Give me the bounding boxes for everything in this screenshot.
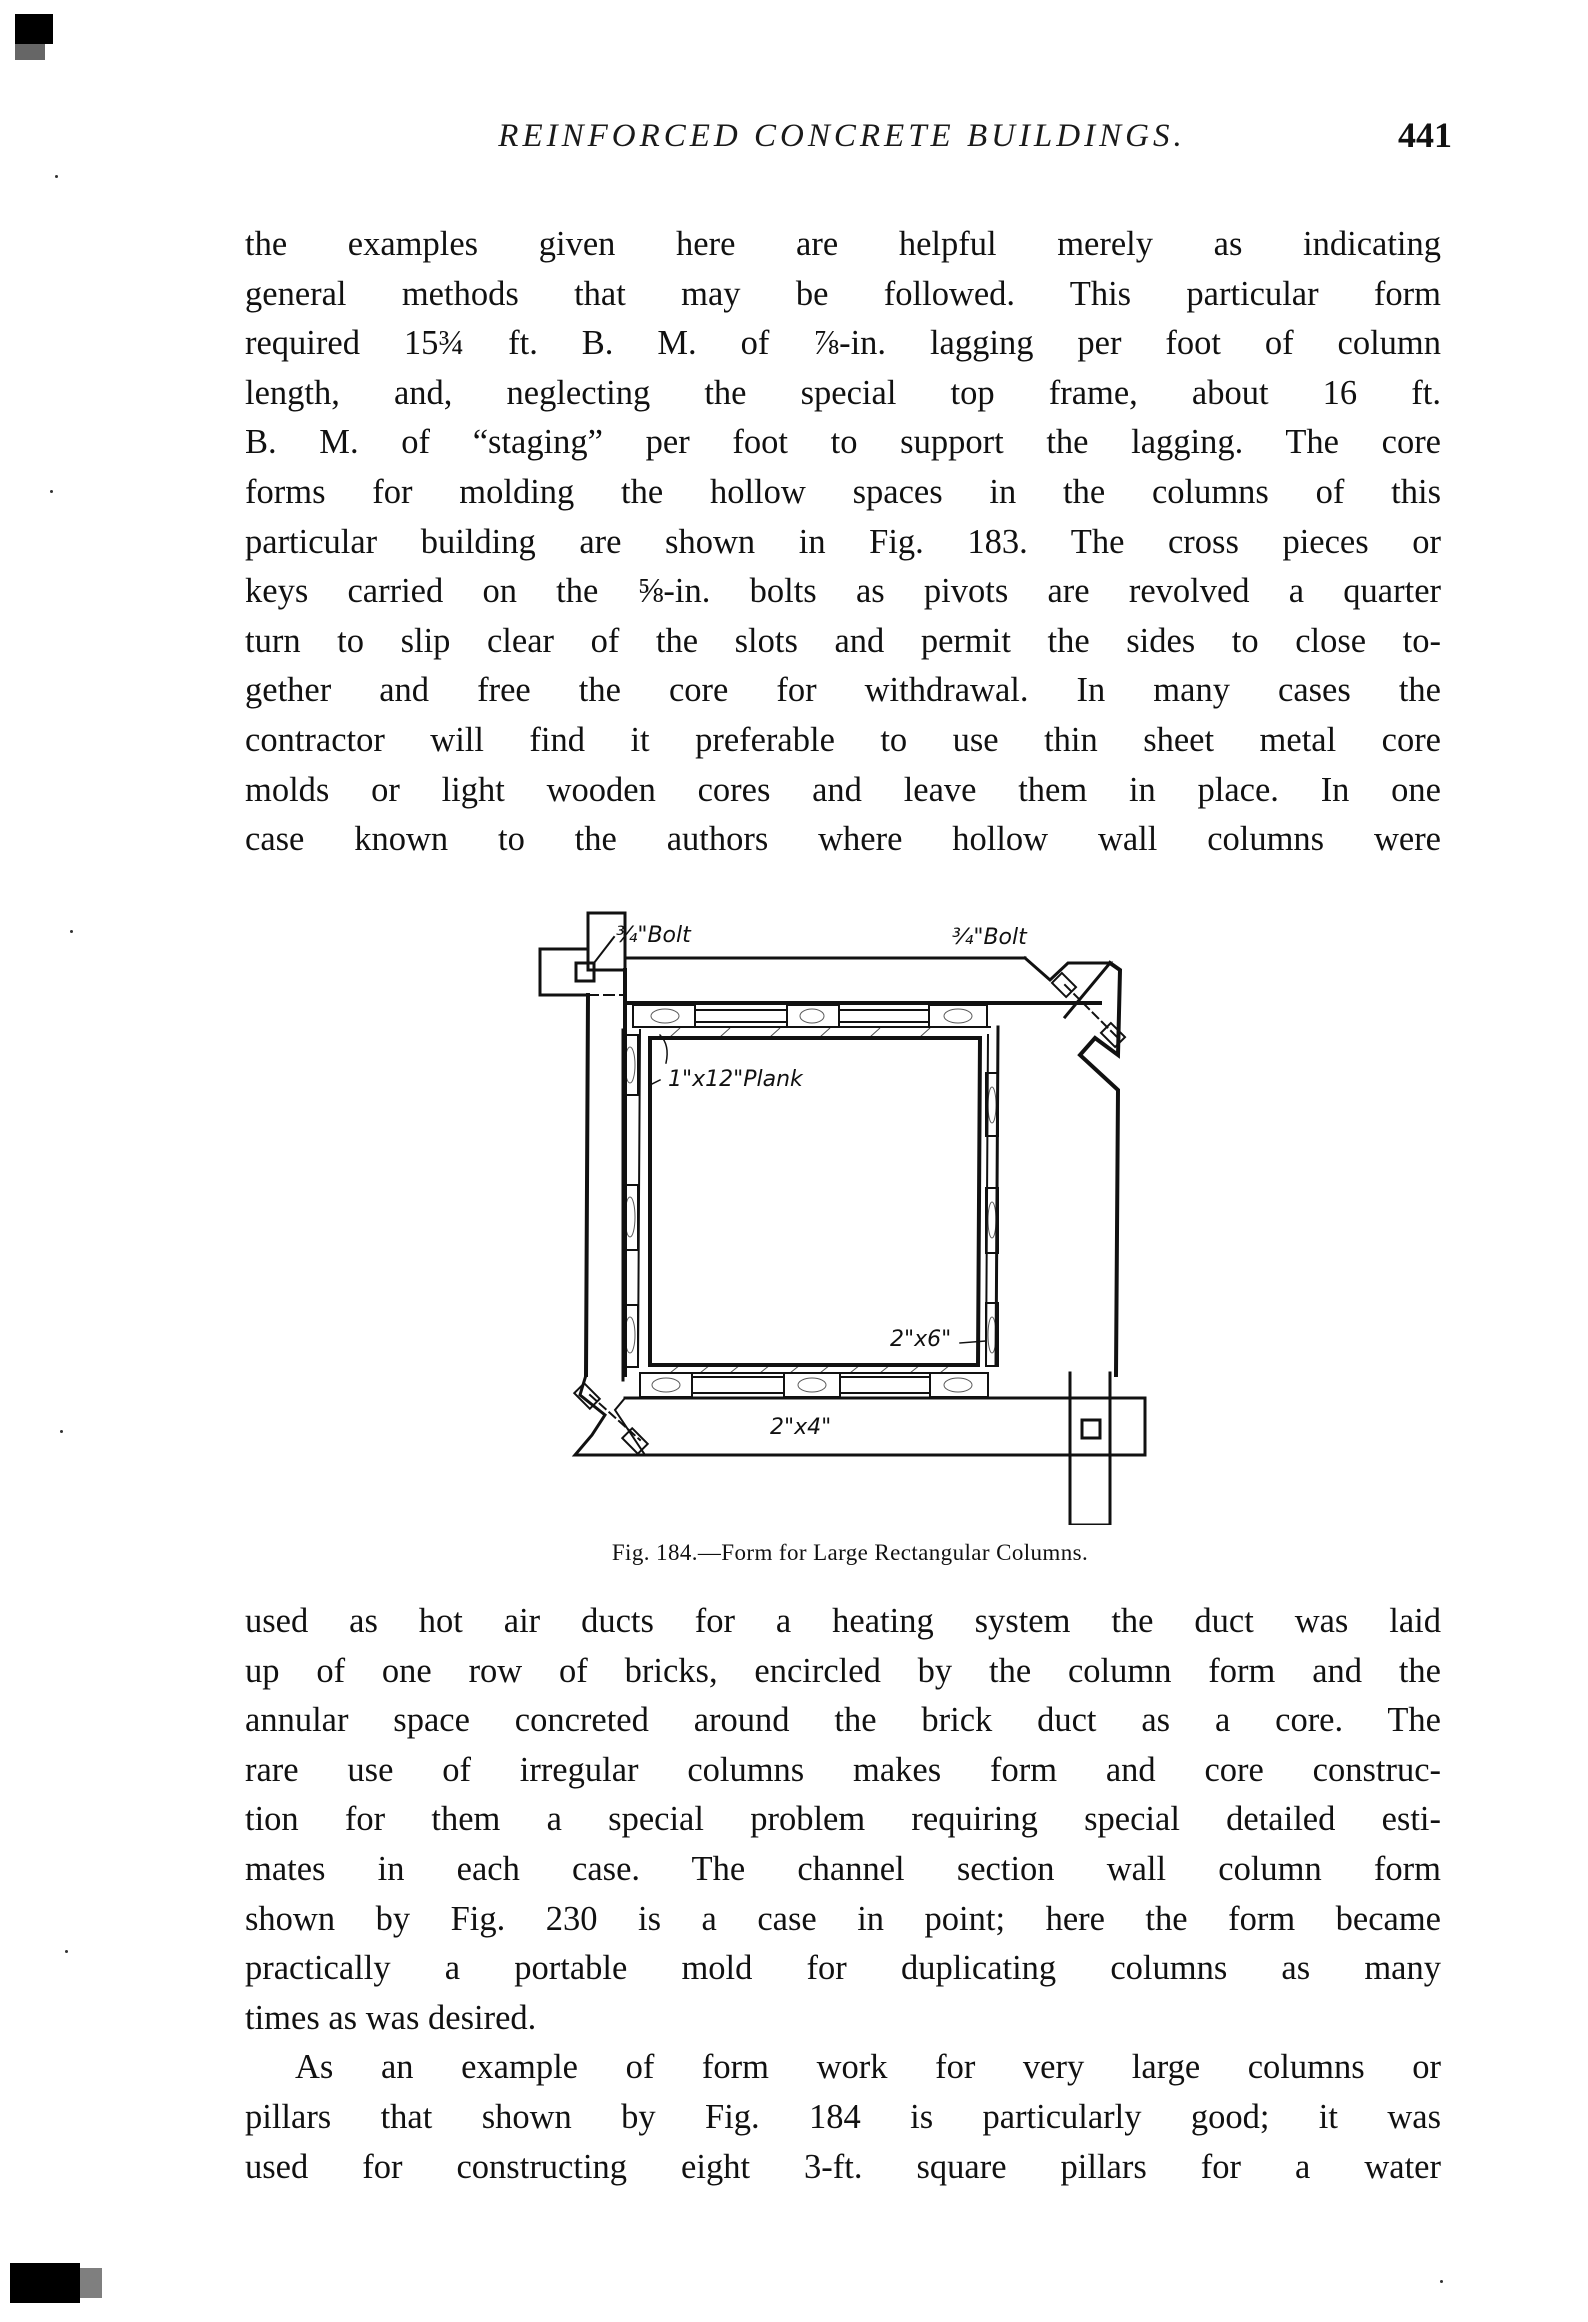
text-line: contractor will find it preferable to us…: [245, 716, 1441, 766]
text-line: gether and free the core for withdrawal.…: [245, 666, 1441, 716]
label-stud-2x6: 2"x6": [890, 1327, 951, 1352]
text-line: B. M. of “staging” per foot to support t…: [245, 418, 1441, 468]
text-line: length, and, neglecting the special top …: [245, 369, 1441, 419]
figure-column-form-diagram: ¾"Bolt ¾"Bolt 1"x12"Plank 2"x6" 2"x4": [520, 895, 1160, 1525]
text-line: up of one row of bricks, encircled by th…: [245, 1647, 1441, 1697]
body-text-top: the examples given here are helpful mere…: [245, 220, 1441, 865]
figure-caption-text: —Form for Large Rectangular Columns.: [698, 1540, 1088, 1565]
label-bolt-left: ¾"Bolt: [616, 923, 691, 948]
label-bolt-right: ¾"Bolt: [952, 925, 1027, 950]
text-line: turn to slip clear of the slots and perm…: [245, 617, 1441, 667]
text-line: annular space concreted around the brick…: [245, 1696, 1441, 1746]
text-line: the examples given here are helpful mere…: [245, 220, 1441, 270]
text-line: shown by Fig. 230 is a case in point; he…: [245, 1895, 1441, 1945]
text-line: pillars that shown by Fig. 184 is partic…: [245, 2093, 1441, 2143]
scan-artifact-top-left-fade: [15, 44, 45, 60]
text-line: tion for them a special problem requirin…: [245, 1795, 1441, 1845]
scan-speck: [1440, 2280, 1443, 2283]
column-form-drawing: [520, 895, 1160, 1525]
text-line: times as was desired.: [245, 1994, 1441, 2044]
scan-speck: [60, 1430, 63, 1433]
figure-number: Fig. 184.: [612, 1540, 698, 1565]
text-line: used as hot air ducts for a heating syst…: [245, 1597, 1441, 1647]
text-line: rare use of irregular columns makes form…: [245, 1746, 1441, 1796]
book-page: REINFORCED CONCRETE BUILDINGS. 441 the e…: [0, 0, 1588, 2322]
label-yoke-2x4: 2"x4": [770, 1415, 831, 1440]
running-head-title: REINFORCED CONCRETE BUILDINGS.: [462, 118, 1222, 155]
scan-speck: [65, 1950, 68, 1953]
text-line: molds or light wooden cores and leave th…: [245, 766, 1441, 816]
text-line: required 15¾ ft. B. M. of ⅞-in. lagging …: [245, 319, 1441, 369]
text-line: case known to the authors where hollow w…: [245, 815, 1441, 865]
scan-speck: [50, 490, 53, 493]
figure-caption: Fig. 184.—Form for Large Rectangular Col…: [470, 1540, 1230, 1566]
scan-artifact-top-left: [15, 14, 53, 44]
text-line: general methods that may be followed. Th…: [245, 270, 1441, 320]
text-line: keys carried on the ⅝-in. bolts as pivot…: [245, 567, 1441, 617]
label-plank: 1"x12"Plank: [668, 1067, 803, 1092]
text-line: used for constructing eight 3-ft. square…: [245, 2143, 1441, 2193]
text-line: forms for molding the hollow spaces in t…: [245, 468, 1441, 518]
scan-artifact-bottom-left: [10, 2263, 80, 2303]
text-line: As an example of form work for very larg…: [245, 2043, 1441, 2093]
text-line: particular building are shown in Fig. 18…: [245, 518, 1441, 568]
text-line: mates in each case. The channel section …: [245, 1845, 1441, 1895]
body-text-bottom: used as hot air ducts for a heating syst…: [245, 1597, 1441, 2192]
scan-artifact-bottom-left-fade: [80, 2268, 102, 2298]
text-line: practically a portable mold for duplicat…: [245, 1944, 1441, 1994]
scan-speck: [55, 175, 58, 178]
scan-speck: [70, 930, 73, 933]
page-number: 441: [1398, 114, 1452, 156]
